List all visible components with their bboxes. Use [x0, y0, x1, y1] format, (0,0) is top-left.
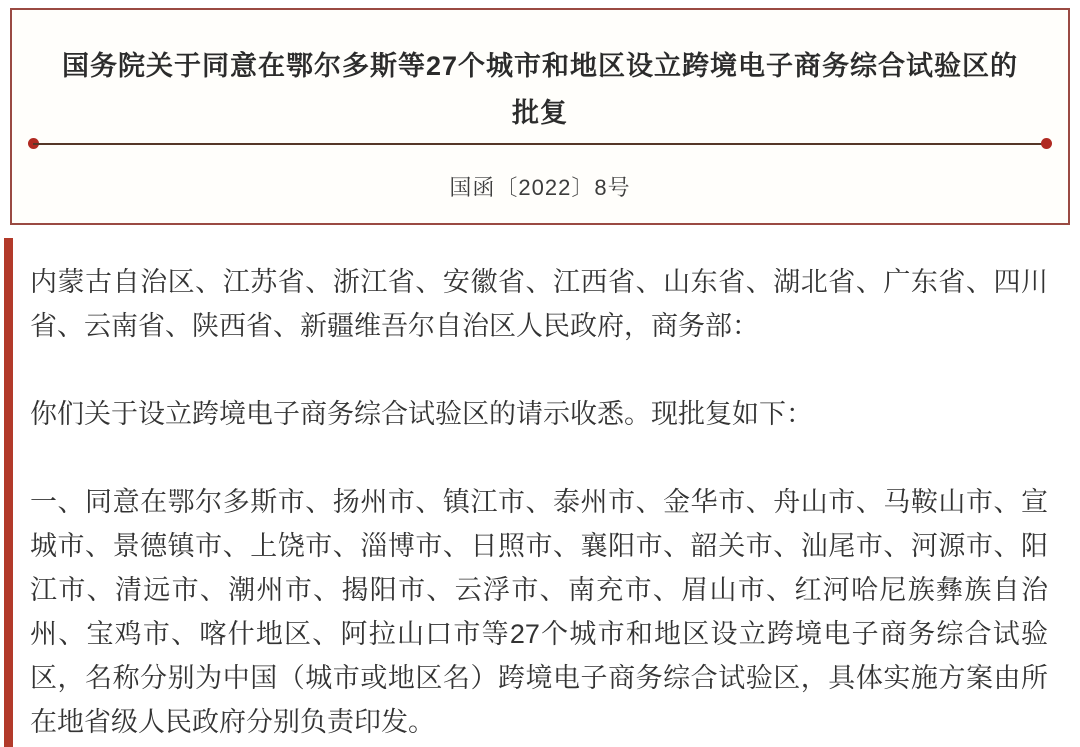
paragraph-addressees: 内蒙古自治区、江苏省、浙江省、安徽省、江西省、山东省、湖北省、广东省、四川省、云… — [30, 260, 1048, 348]
paragraph-acknowledgement: 你们关于设立跨境电子商务综合试验区的请示收悉。现批复如下： — [30, 392, 1048, 436]
document-body: 内蒙古自治区、江苏省、浙江省、安徽省、江西省、山东省、湖北省、广东省、四川省、云… — [0, 238, 1080, 747]
page-title: 国务院关于同意在鄂尔多斯等27个城市和地区设立跨境电子商务综合试验区的批复 — [52, 43, 1028, 137]
rule-dot-right-icon — [1041, 138, 1052, 149]
document-header-box: 国务院关于同意在鄂尔多斯等27个城市和地区设立跨境电子商务综合试验区的批复 国函… — [10, 8, 1070, 225]
left-accent-bar — [4, 238, 13, 747]
document-number: 国函〔2022〕8号 — [12, 171, 1068, 202]
rule-line — [33, 143, 1047, 145]
separator-rule — [28, 138, 1052, 150]
body-text-block: 内蒙古自治区、江苏省、浙江省、安徽省、江西省、山东省、湖北省、广东省、四川省、云… — [0, 238, 1080, 744]
paragraph-approval-item-1: 一、同意在鄂尔多斯市、扬州市、镇江市、泰州市、金华市、舟山市、马鞍山市、宣城市、… — [30, 480, 1048, 744]
